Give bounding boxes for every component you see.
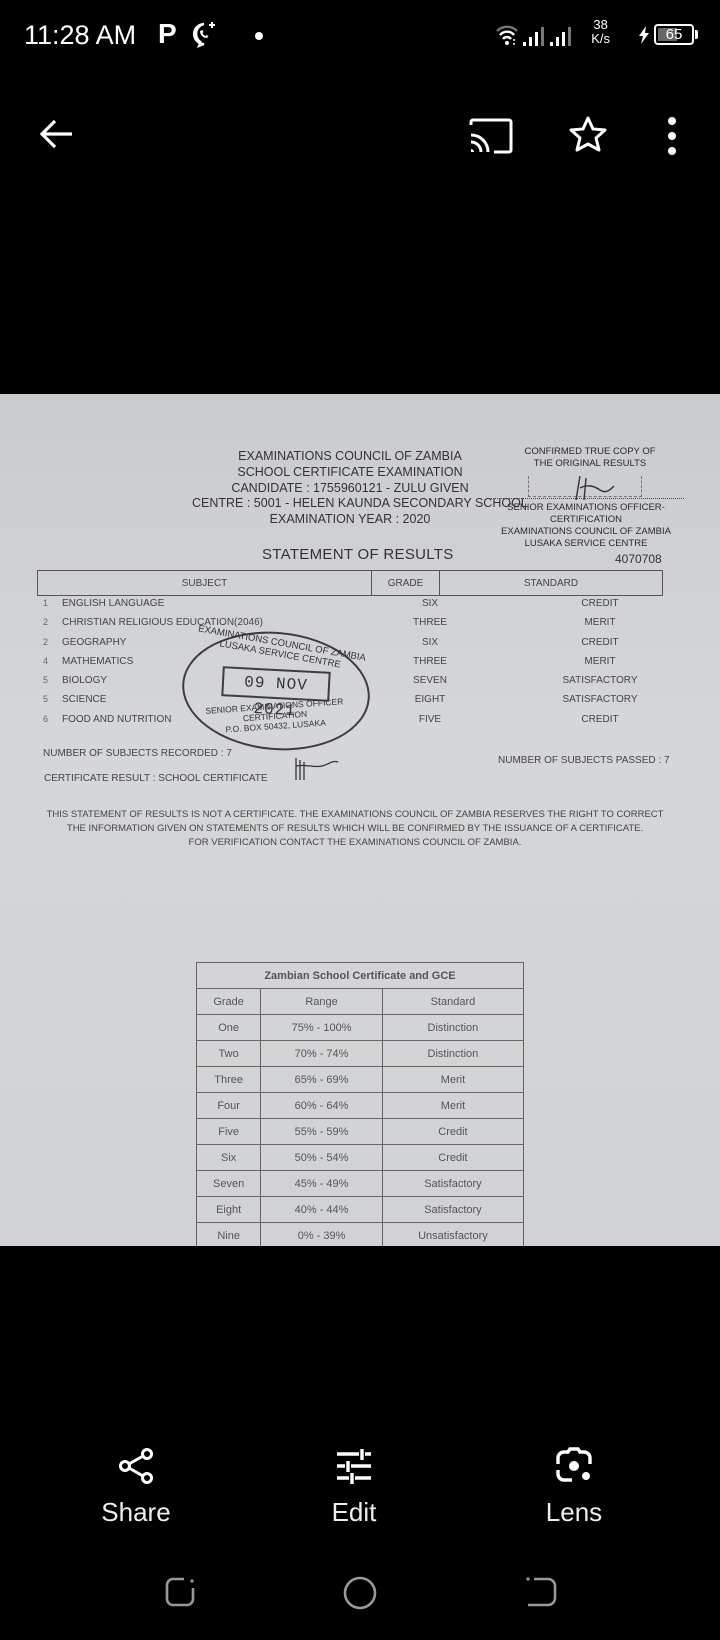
grading-row: Nine0% - 39%Unsatisfactory (197, 1223, 524, 1247)
signal-wifi-icon (494, 22, 592, 48)
grading-standard: Credit (382, 1119, 523, 1145)
grading-range: 60% - 64% (261, 1093, 383, 1119)
grading-standard: Distinction (382, 1041, 523, 1067)
result-grade: EIGHT (380, 694, 480, 705)
grading-range: 50% - 54% (261, 1145, 383, 1171)
grading-range: 0% - 39% (261, 1223, 383, 1247)
notification-dot-icon (255, 32, 263, 40)
grading-row: Three65% - 69%Merit (197, 1067, 524, 1093)
grading-range: 55% - 59% (261, 1119, 383, 1145)
result-no: 6 (43, 714, 48, 724)
grading-grade: Five (197, 1119, 261, 1145)
officer-block: SENIOR EXAMINATIONS OFFICER- CERTIFICATI… (486, 502, 686, 550)
result-subject: ENGLISH LANGUAGE (62, 598, 164, 609)
grading-grade: Seven (197, 1171, 261, 1197)
cast-icon[interactable] (468, 117, 514, 155)
grading-grade: Three (197, 1067, 261, 1093)
grading-range: 70% - 74% (261, 1041, 383, 1067)
centre-line: CENTRE : 5001 - HELEN KAUNDA SECONDARY S… (192, 496, 528, 510)
result-no: 5 (43, 675, 48, 685)
more-vert-icon[interactable] (662, 116, 682, 156)
header-standard: STANDARD (440, 571, 662, 595)
stamp-signature (292, 754, 340, 782)
certificate-result: CERTIFICATE RESULT : SCHOOL CERTIFICATE (44, 773, 268, 784)
battery-indicator: 65 (654, 24, 694, 45)
result-no: 5 (43, 694, 48, 704)
parking-p-icon: P (158, 18, 177, 50)
recents-button[interactable] (164, 1576, 196, 1608)
grading-standard: Merit (382, 1067, 523, 1093)
result-row: 2CHRISTIAN RELIGIOUS EDUCATION(2046)THRE… (40, 613, 660, 632)
notice-text: THIS STATEMENT OF RESULTS IS NOT A CERTI… (30, 808, 680, 850)
result-no: 4 (43, 656, 48, 666)
grading-grade: Eight (197, 1197, 261, 1223)
grading-standard: Satisfactory (382, 1197, 523, 1223)
share-button[interactable]: Share (66, 1446, 206, 1528)
result-row: 2GEOGRAPHYSIXCREDIT (40, 633, 660, 652)
sliders-icon (334, 1446, 374, 1486)
result-subject: SCIENCE (62, 694, 106, 705)
document-header: EXAMINATIONS COUNCIL OF ZAMBIA SCHOOL CE… (180, 448, 520, 496)
lens-icon (554, 1446, 594, 1486)
grading-row: Four60% - 64%Merit (197, 1093, 524, 1119)
grading-row: Two70% - 74%Distinction (197, 1041, 524, 1067)
grading-standard: Credit (382, 1145, 523, 1171)
grading-grade: Four (197, 1093, 261, 1119)
exam-year: EXAMINATION YEAR : 2020 (180, 512, 520, 526)
result-grade: SEVEN (380, 675, 480, 686)
grading-header-range: Range (261, 989, 383, 1015)
result-grade: FIVE (380, 714, 480, 725)
header-subject: SUBJECT (38, 571, 372, 595)
grading-standard: Merit (382, 1093, 523, 1119)
result-subject: CHRISTIAN RELIGIOUS EDUCATION(2046) (62, 617, 263, 628)
grading-row: Seven45% - 49%Satisfactory (197, 1171, 524, 1197)
result-no: 1 (43, 598, 48, 608)
grading-standard: Distinction (382, 1015, 523, 1041)
result-standard: CREDIT (500, 637, 700, 648)
battery-tip (695, 30, 698, 39)
document-photo[interactable]: EXAMINATIONS COUNCIL OF ZAMBIA SCHOOL CE… (0, 394, 720, 1246)
grading-grade: One (197, 1015, 261, 1041)
whatsapp-icon (190, 20, 220, 50)
statement-title: STATEMENT OF RESULTS (262, 546, 454, 563)
edit-label: Edit (284, 1497, 424, 1528)
result-subject: MATHEMATICS (62, 656, 133, 667)
status-time: 11:28 AM (24, 20, 136, 51)
grading-row: Six50% - 54%Credit (197, 1145, 524, 1171)
result-row: 1ENGLISH LANGUAGESIXCREDIT (40, 594, 660, 613)
result-standard: SATISFACTORY (500, 675, 700, 686)
result-grade: THREE (380, 656, 480, 667)
reference-number: 4070708 (615, 552, 662, 566)
grading-row: One75% - 100%Distinction (197, 1015, 524, 1041)
result-standard: MERIT (500, 617, 700, 628)
network-speed: 38 K/s (591, 18, 610, 46)
subjects-recorded: NUMBER OF SUBJECTS RECORDED : 7 (43, 748, 232, 759)
grading-standard: Unsatisfactory (382, 1223, 523, 1247)
share-label: Share (66, 1497, 206, 1528)
result-grade: THREE (380, 617, 480, 628)
home-button[interactable] (342, 1576, 378, 1612)
grading-row: Eight40% - 44%Satisfactory (197, 1197, 524, 1223)
grading-row: Five55% - 59%Credit (197, 1119, 524, 1145)
result-no: 2 (43, 637, 48, 647)
star-icon[interactable] (568, 115, 608, 155)
charging-bolt-icon (638, 26, 650, 44)
confirm-stamp: CONFIRMED TRUE COPY OF THE ORIGINAL RESU… (520, 446, 660, 470)
grading-header-standard: Standard (382, 989, 523, 1015)
results-header-row: SUBJECT GRADE STANDARD (37, 570, 663, 596)
grading-range: 45% - 49% (261, 1171, 383, 1197)
grading-standard: Satisfactory (382, 1171, 523, 1197)
lens-label: Lens (504, 1497, 644, 1528)
back-button[interactable] (524, 1576, 558, 1608)
result-grade: SIX (380, 637, 480, 648)
result-subject: GEOGRAPHY (62, 637, 126, 648)
result-no: 2 (43, 617, 48, 627)
header-grade: GRADE (372, 571, 440, 595)
subjects-passed: NUMBER OF SUBJECTS PASSED : 7 (498, 755, 670, 766)
back-arrow-icon[interactable] (38, 118, 74, 150)
grading-table: Zambian School Certificate and GCE Grade… (196, 962, 524, 1246)
grading-header-grade: Grade (197, 989, 261, 1015)
result-standard: CREDIT (500, 714, 700, 725)
result-grade: SIX (380, 598, 480, 609)
stamp-date: 09 NOV 2021 (221, 666, 330, 702)
grading-range: 75% - 100% (261, 1015, 383, 1041)
grading-grade: Six (197, 1145, 261, 1171)
signature-line (488, 498, 684, 499)
result-standard: CREDIT (500, 598, 700, 609)
grading-grade: Nine (197, 1223, 261, 1247)
grading-table-title: Zambian School Certificate and GCE (197, 963, 524, 989)
edit-button[interactable]: Edit (284, 1446, 424, 1528)
grading-range: 40% - 44% (261, 1197, 383, 1223)
grading-grade: Two (197, 1041, 261, 1067)
grading-range: 65% - 69% (261, 1067, 383, 1093)
share-icon (116, 1446, 156, 1486)
result-subject: FOOD AND NUTRITION (62, 714, 171, 725)
result-standard: MERIT (500, 656, 700, 667)
result-standard: SATISFACTORY (500, 694, 700, 705)
lens-button[interactable]: Lens (504, 1446, 644, 1528)
result-subject: BIOLOGY (62, 675, 107, 686)
